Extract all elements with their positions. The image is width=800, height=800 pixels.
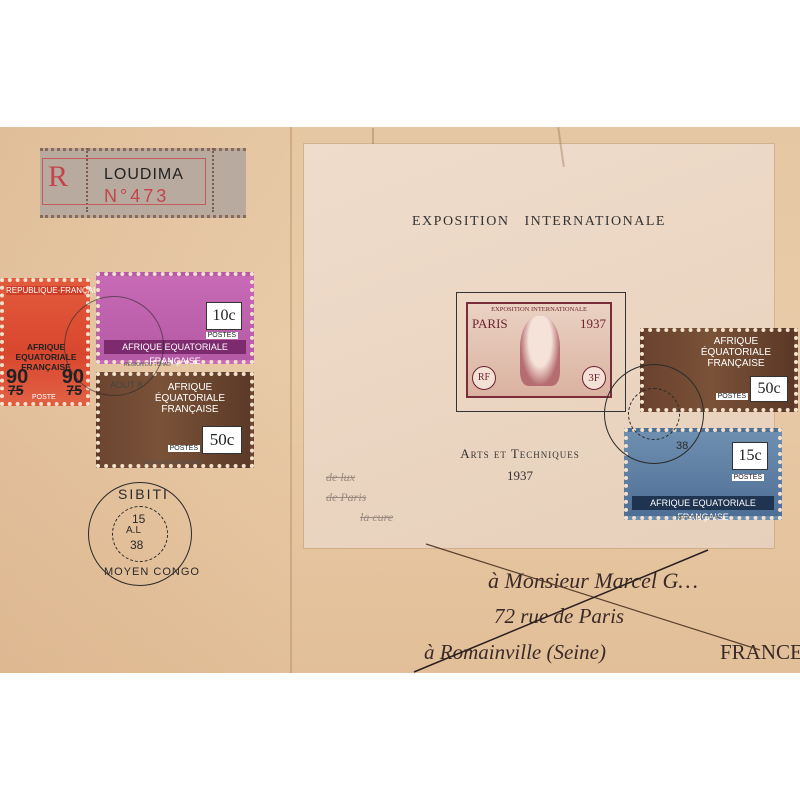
address-strike-lines [0, 0, 800, 800]
